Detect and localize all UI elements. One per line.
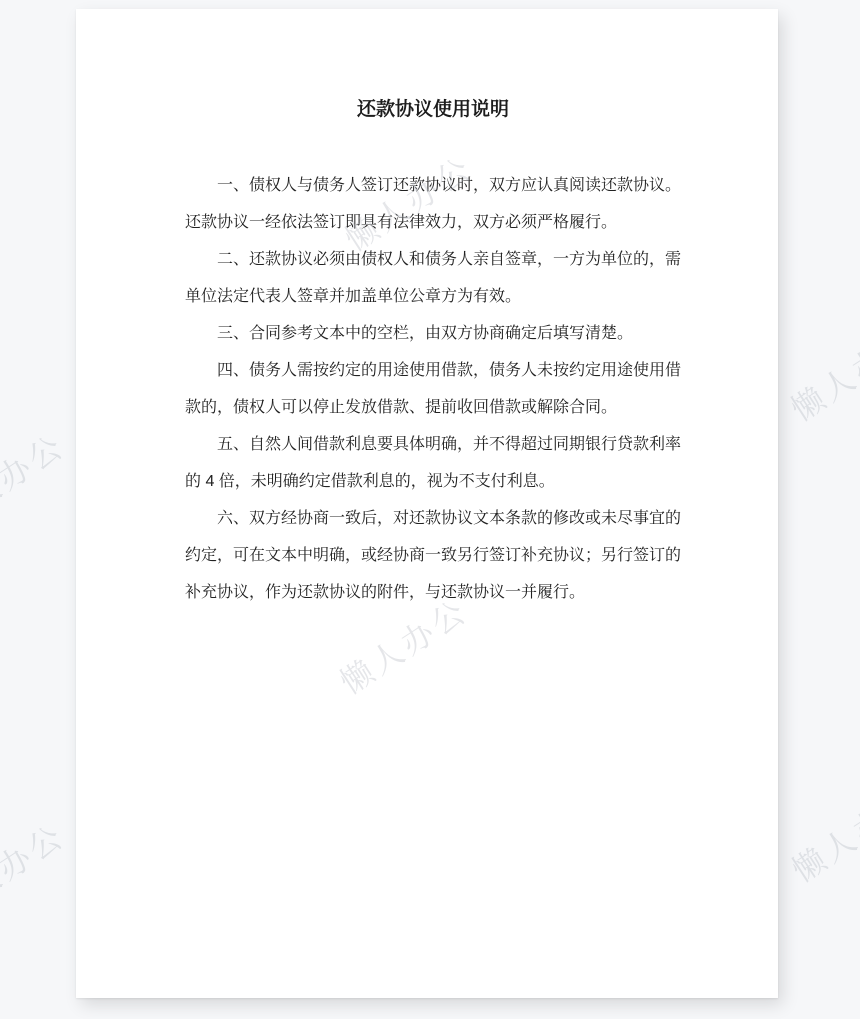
watermark: 懒人办公	[782, 774, 860, 891]
document-paragraph: 一、债权人与债务人签订还款协议时，双方应认真阅读还款协议。还款协议一经依法签订即…	[185, 167, 681, 241]
document-body: 一、债权人与债务人签订还款协议时，双方应认真阅读还款协议。还款协议一经依法签订即…	[185, 167, 681, 611]
document-page: 还款协议使用说明 一、债权人与债务人签订还款协议时，双方应认真阅读还款协议。还款…	[76, 9, 778, 998]
document-paragraph: 六、双方经协商一致后，对还款协议文本条款的修改或未尽事宜的约定，可在文本中明确，…	[185, 500, 681, 611]
document-paragraph: 四、债务人需按约定的用途使用借款，债务人未按约定用途使用借款的，债权人可以停止发…	[185, 352, 681, 426]
document-paragraph: 三、合同参考文本中的空栏，由双方协商确定后填写清楚。	[185, 315, 681, 352]
document-title: 还款协议使用说明	[185, 95, 681, 125]
document-canvas: 还款协议使用说明 一、债权人与债务人签订还款协议时，双方应认真阅读还款协议。还款…	[0, 0, 860, 1019]
document-paragraph: 二、还款协议必须由债权人和债务人亲自签章，一方为单位的，需单位法定代表人签章并加…	[185, 241, 681, 315]
watermark: 懒人办公	[0, 811, 73, 928]
watermark: 懒人办公	[781, 313, 860, 430]
watermark: 懒人办公	[0, 421, 73, 538]
document-paragraph: 五、自然人间借款利息要具体明确，并不得超过同期银行贷款利率的 4 倍，未明确约定…	[185, 426, 681, 500]
